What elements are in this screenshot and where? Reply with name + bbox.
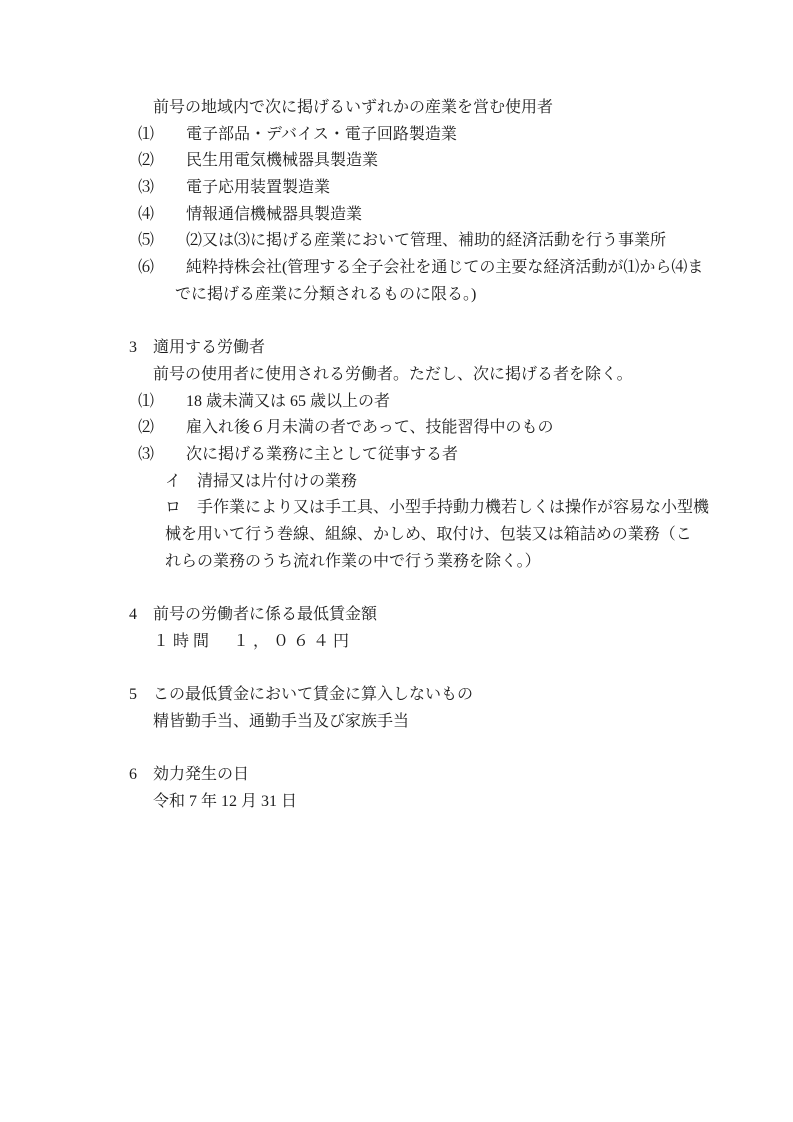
- section-6-heading: 6効力発生の日: [129, 762, 719, 789]
- item-number-marker: ⑶: [138, 175, 186, 202]
- item-number-marker: ⑸: [138, 228, 186, 255]
- blank-line: [129, 655, 719, 682]
- blank-line: [129, 736, 719, 763]
- subitem-text: 手作業により又は手工具、小型手持動力機若しくは操作が容易な小型機: [197, 499, 709, 516]
- excluded-work-item-ro-line2: 械を用いて行う巻線、組線、かしめ、取付け、包装又は箱詰めの業務（こ: [165, 522, 719, 549]
- excluded-work-item-ro: ロ手作業により又は手工具、小型手持動力機若しくは操作が容易な小型機: [165, 495, 719, 522]
- section-5-heading: 5この最低賃金において賃金に算入しないもの: [129, 682, 719, 709]
- effective-date: 令和 7 年 12 月 31 日: [153, 789, 719, 816]
- industry-item-6: ⑹純粋持株会社(管理する全子会社を通じての主要な経済活動が⑴から⑷ま: [138, 255, 719, 282]
- item-number-marker: ⑵: [138, 148, 186, 175]
- item-number-marker: ⑴: [138, 389, 186, 416]
- section-4-heading: 4前号の労働者に係る最低賃金額: [129, 602, 719, 629]
- worker-exclusion-item-1: ⑴18 歳未満又は 65 歳以上の者: [138, 389, 719, 416]
- item-text: ⑵又は⑶に掲げる産業において管理、補助的経済活動を行う事業所: [186, 232, 666, 249]
- item-number-marker: ⑹: [138, 255, 186, 282]
- item-text: 情報通信機械器具製造業: [186, 206, 362, 223]
- item-number-marker: ⑶: [138, 442, 186, 469]
- section-3-title: 適用する労働者: [153, 339, 265, 356]
- item-text: 18 歳未満又は 65 歳以上の者: [186, 393, 390, 410]
- item-text: 雇入れ後６月未満の者であって、技能習得中のもの: [186, 419, 554, 436]
- worker-exclusion-item-3: ⑶次に掲げる業務に主として従事する者: [138, 442, 719, 469]
- industry-item-5: ⑸⑵又は⑶に掲げる産業において管理、補助的経済活動を行う事業所: [138, 228, 719, 255]
- section-5-title: この最低賃金において賃金に算入しないもの: [153, 686, 473, 703]
- section-6-number: 6: [129, 762, 153, 789]
- section-5-number: 5: [129, 682, 153, 709]
- section-4-title: 前号の労働者に係る最低賃金額: [153, 606, 377, 623]
- item-text: 純粋持株会社(管理する全子会社を通じての主要な経済活動が⑴から⑷ま: [186, 259, 703, 276]
- blank-line: [129, 309, 719, 336]
- industry-item-4: ⑷情報通信機械器具製造業: [138, 202, 719, 229]
- excluded-work-item-i: イ清掃又は片付けの業務: [165, 469, 719, 496]
- excluded-work-item-ro-line3: れらの業務のうち流れ作業の中で行う業務を除く。）: [165, 549, 719, 576]
- wage-amount: １時間 １，０６４円: [153, 629, 719, 656]
- section-6-title: 効力発生の日: [153, 766, 249, 783]
- section-4-number: 4: [129, 602, 153, 629]
- industry-item-3: ⑶電子応用装置製造業: [138, 175, 719, 202]
- subitem-marker: ロ: [165, 495, 197, 522]
- item-text: 次に掲げる業務に主として従事する者: [186, 446, 458, 463]
- industry-item-1: ⑴電子部品・デバイス・電子回路製造業: [138, 122, 719, 149]
- worker-exclusion-item-2: ⑵雇入れ後６月未満の者であって、技能習得中のもの: [138, 415, 719, 442]
- item-text: 電子応用装置製造業: [186, 179, 330, 196]
- section-3-lead: 前号の使用者に使用される労働者。ただし、次に掲げる者を除く。: [153, 362, 719, 389]
- excluded-allowances: 精皆勤手当、通勤手当及び家族手当: [153, 709, 719, 736]
- intro-paragraph: 前号の地域内で次に掲げるいずれかの産業を営む使用者: [153, 95, 719, 122]
- item-text: 民生用電気機械器具製造業: [186, 152, 378, 169]
- item-text: 電子部品・デバイス・電子回路製造業: [186, 126, 457, 143]
- item-number-marker: ⑷: [138, 202, 186, 229]
- blank-line: [129, 575, 719, 602]
- industry-item-2: ⑵民生用電気機械器具製造業: [138, 148, 719, 175]
- subitem-marker: イ: [165, 469, 197, 496]
- section-3-heading: 3適用する労働者: [129, 335, 719, 362]
- document-page: 前号の地域内で次に掲げるいずれかの産業を営む使用者 ⑴電子部品・デバイス・電子回…: [0, 0, 793, 1122]
- item-number-marker: ⑴: [138, 122, 186, 149]
- subitem-text: 清掃又は片付けの業務: [197, 473, 357, 490]
- section-3-number: 3: [129, 335, 153, 362]
- item-number-marker: ⑵: [138, 415, 186, 442]
- industry-item-6-continuation: でに掲げる産業に分類されるものに限る。): [175, 282, 719, 309]
- document-content: 前号の地域内で次に掲げるいずれかの産業を営む使用者 ⑴電子部品・デバイス・電子回…: [129, 95, 719, 816]
